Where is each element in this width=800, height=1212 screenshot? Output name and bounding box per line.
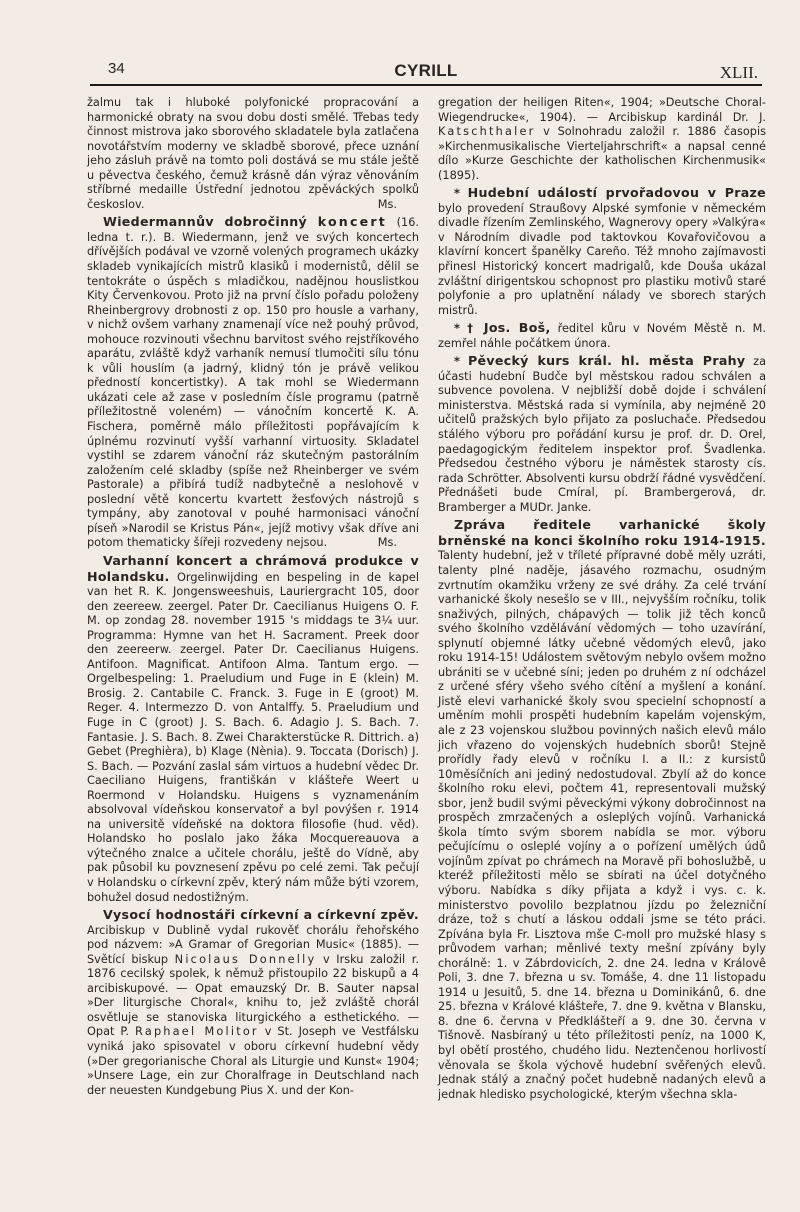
article-obituary: * † Jos. Boš, ředitel kůru v Novém Městě… — [438, 321, 766, 351]
article-title: Hudební událostí prvořadovou v Praze — [468, 185, 766, 200]
article-wiedermann: Wiedermannův dobročinný koncert (16. led… — [87, 215, 419, 551]
continuation-text: gregation der heiligen Riten«, 1904; »De… — [438, 96, 766, 124]
article-title: Pěvecký kurs král. hl. města Prahy — [468, 353, 745, 368]
article-body: (16. ledna t. r.). B. Wiedermann, jenž v… — [87, 216, 419, 549]
right-column: gregation der heiligen Riten«, 1904; »De… — [438, 96, 766, 1105]
article-title: Vysocí hodnostáři církevní a církevní zp… — [103, 907, 419, 922]
article-holandsko: Varhanní koncert a chrámová produkce v H… — [87, 554, 419, 905]
article-zprava-reditele: Zpráva ředitele varhanické školy brněnsk… — [438, 518, 766, 1102]
article-body: Orgelinwijding en bespeling in de kapel … — [87, 571, 419, 904]
intro-text: žalmu tak i hluboké polyfonické propraco… — [87, 96, 419, 211]
journal-title: CYRILL — [90, 61, 762, 81]
article-title: Jos. Boš, — [484, 320, 551, 335]
intro-paragraph: žalmu tak i hluboké polyfonické propraco… — [87, 96, 419, 212]
article-title: Wiedermannův dobročinný — [103, 214, 318, 229]
person-name: Nicolaus Donnelly — [175, 953, 317, 966]
continuation-paragraph: gregation der heiligen Riten«, 1904; »De… — [438, 96, 766, 183]
article-body: bylo provedení Straußovy Alpské symfonie… — [438, 202, 766, 317]
volume-number: XLII. — [720, 63, 758, 83]
article-title: Zpráva ředitele varhanické školy brněnsk… — [438, 517, 766, 548]
article-hudebni-udalost: * Hudební událostí prvořadovou v Praze b… — [438, 186, 766, 318]
page-header: 34 CYRILL XLII. — [90, 58, 762, 86]
article-pevecky-kurs: * Pěvecký kurs král. hl. města Prahy za … — [438, 354, 766, 515]
asterisk-marker: * — [454, 355, 468, 368]
article-hodnostari: Vysocí hodnostáři církevní a církevní zp… — [87, 908, 419, 1098]
article-body: za účasti hudební Budče byl městskou rad… — [438, 355, 766, 513]
article-title-spaced: koncert — [318, 214, 387, 229]
article-body: Talenty hudební, jež v tříleté přípravné… — [438, 549, 766, 1100]
cross-marker: * † — [454, 322, 484, 335]
signature: Ms. — [378, 198, 419, 213]
asterisk-marker: * — [454, 187, 468, 200]
signature: Ms. — [362, 536, 419, 551]
person-name: Katschthaler — [438, 125, 535, 138]
person-name: Raphael Molitor — [135, 1025, 259, 1038]
left-column: žalmu tak i hluboké polyfonické propraco… — [87, 96, 419, 1101]
